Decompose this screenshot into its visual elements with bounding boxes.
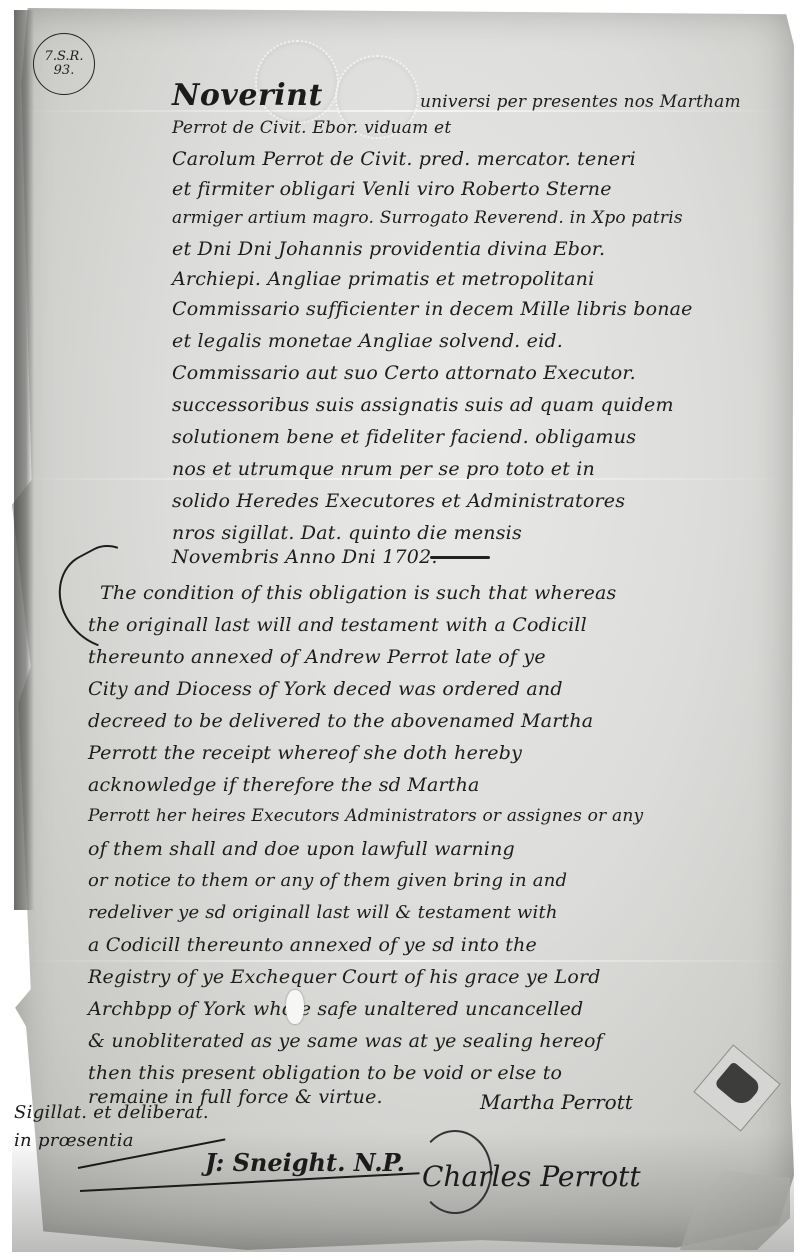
condition-line: acknowledge if therefore the sd Martha [88,774,480,796]
bond-line: Commissario sufficienter in decem Mille … [172,298,693,320]
condition-line: Registry of ye Exchequer Court of his gr… [88,966,601,988]
condition-line: decreed to be delivered to the abovename… [88,710,593,732]
condition-line: Archbpp of York whole safe unaltered unc… [88,998,583,1020]
bond-line: Commissario aut suo Certo attornato Exec… [172,362,636,384]
signature-notary: J: Sneight. N.P. [205,1148,405,1177]
paper-hole [286,990,304,1024]
bond-line: solutionem bene et fideliter faciend. ob… [172,426,636,448]
bond-line: et Dni Dni Johannis providentia divina E… [172,238,605,260]
condition-line: or notice to them or any of them given b… [88,870,567,891]
condition-line: & unobliterated as ye same was at ye sea… [88,1030,603,1052]
bond-line: nros sigillat. Dat. quinto die mensis [172,522,522,544]
condition-line: the originall last will and testament wi… [88,614,587,636]
signature-martha-perrott: Martha Perrott [480,1090,633,1114]
condition-line: thereunto annexed of Andrew Perrot late … [88,646,546,668]
attestation-in-presence: in prœsentia [14,1130,134,1151]
condition-line: then this present obligation to be void … [88,1062,562,1084]
bond-line: successoribus suis assignatis suis ad qu… [172,394,674,416]
wax-seal-icon [714,1061,762,1108]
attestation-sealed-delivered: Sigillat. et deliberat. [14,1102,209,1123]
bond-line: Carolum Perrot de Civit. pred. mercator.… [172,148,636,170]
bond-line: nos et utrumque nrum per se pro toto et … [172,458,595,480]
bond-line: et firmiter obligari Venli viro Roberto … [172,178,612,200]
bond-line: universi per presentes nos Martham [420,92,741,112]
fold-line [20,960,790,962]
signature-charles-perrott: Charles Perrott [422,1160,641,1193]
bond-line-date: Novembris Anno Dni 1702. [172,546,438,568]
archive-stamp-bottom: 93. [54,64,75,78]
archive-stamp-top: 7.S.R. [45,50,84,64]
condition-line: a Codicill thereunto annexed of ye sd in… [88,934,537,956]
date-underline [430,556,490,559]
bond-line: armiger artium magro. Surrogato Reverend… [172,208,683,228]
condition-line: City and Diocess of York deced was order… [88,678,563,700]
bond-line: solido Heredes Executores et Administrat… [172,490,625,512]
condition-line: The condition of this obligation is such… [100,582,617,604]
bond-line: Perrot de Civit. Ebor. viduam et [172,118,451,138]
bond-line: et legalis monetae Angliae solvend. eid. [172,330,563,352]
bond-line: Archiepi. Angliae primatis et metropolit… [172,268,594,290]
binding-edge [14,10,34,910]
condition-line: of them shall and doe upon lawfull warni… [88,838,515,860]
bond-heading: Noverint [172,78,323,113]
condition-line: redeliver ye sd originall last will & te… [88,902,558,923]
archive-reference-stamp: 7.S.R. 93. [33,33,95,95]
condition-line: Perrott the receipt whereof she doth her… [88,742,522,764]
condition-line: Perrott her heires Executors Administrat… [88,806,643,826]
